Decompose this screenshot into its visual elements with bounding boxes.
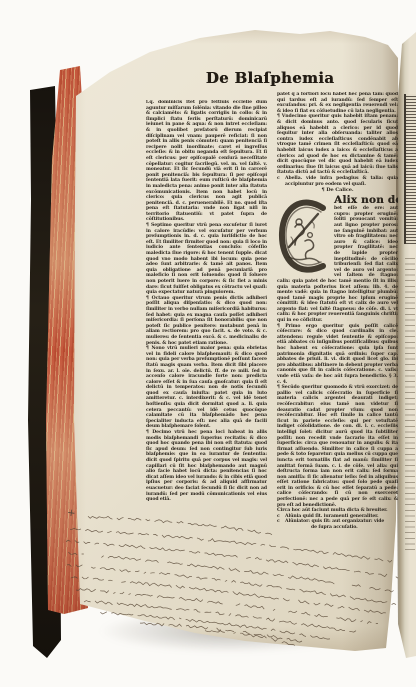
book-photo: De Blaſphemia ſ.q. dominicis ſtet pro fe… bbox=[0, 0, 416, 687]
handwritten-annotation bbox=[0, 0, 416, 687]
annotation-plus-mark: + bbox=[66, 507, 76, 519]
